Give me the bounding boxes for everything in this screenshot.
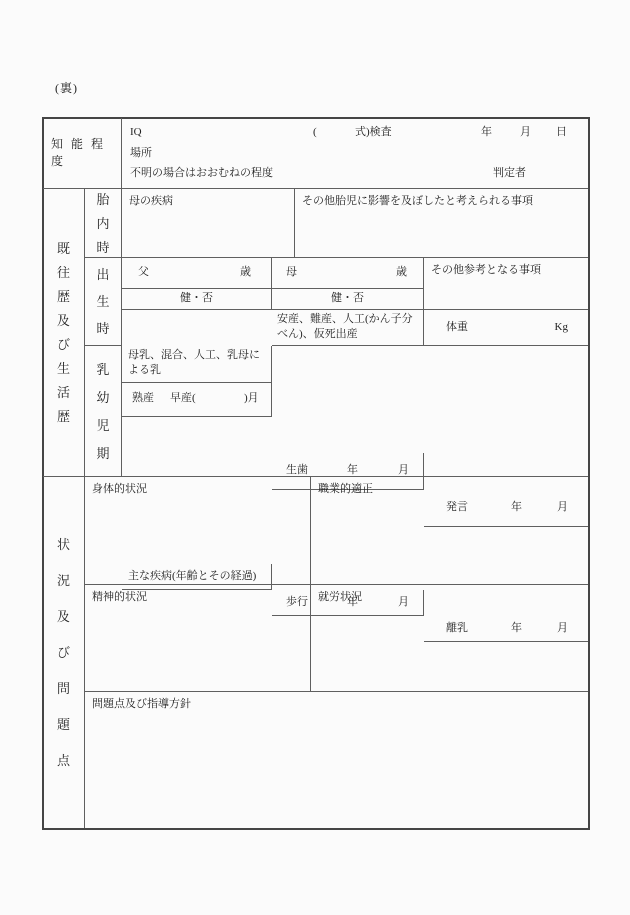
premature-label: 早産(: [170, 391, 196, 407]
iq-label: IQ: [130, 125, 142, 141]
premature-suffix: )月: [244, 391, 259, 407]
full-term-label: 熟産: [132, 391, 154, 407]
guidance-policy-cell: 問題点及び指導方針: [85, 692, 588, 828]
test-type-label: 式)検査: [355, 125, 392, 141]
weight-label: 体重: [446, 320, 468, 336]
page-side-label: (裏): [55, 79, 78, 96]
father-age-unit: 歳: [240, 265, 251, 281]
father-label: 父: [138, 265, 149, 281]
weight-unit: Kg: [555, 320, 568, 336]
vocational-aptitude-cell: 職業的適正: [311, 477, 588, 585]
mother-age-cell: 母 歳: [272, 258, 424, 289]
examiner-label: 判定者: [493, 166, 526, 182]
history-section-header: 既往歴及び生活歴: [43, 189, 85, 477]
mother-disease-cell: 母の疾病: [122, 189, 295, 258]
form-back-page: (裏) 知能程度 IQ ( 式)検査 年 月 日 場所 不明の場合はおおむねの程…: [0, 0, 630, 915]
weight-cell: 体重 Kg: [424, 310, 588, 346]
intelligence-content-cell: IQ ( 式)検査 年 月 日 場所 不明の場合はおおむねの程度 判定者: [122, 118, 588, 189]
test-paren-open: (: [313, 125, 317, 141]
mother-age-unit: 歳: [396, 265, 407, 281]
physical-status-cell: 身体的状況: [85, 477, 311, 585]
infancy-notes-empty-cell: [122, 409, 588, 477]
mother-label: 母: [286, 265, 297, 281]
father-age-cell: 父 歳: [122, 258, 272, 289]
birth-row-header: 出生時: [85, 258, 122, 346]
mental-status-cell: 精神的状況: [85, 585, 311, 692]
test-place-label: 場所: [130, 146, 152, 162]
test-date-month: 月: [520, 125, 531, 141]
test-date-day: 日: [556, 125, 567, 141]
infancy-row-header: 乳幼児期: [85, 346, 122, 477]
intelligence-row-header: 知能程度: [43, 118, 122, 189]
mother-health-cell: 健・否: [272, 289, 424, 310]
father-health-cell: 健・否: [122, 289, 272, 310]
delivery-type-cell: 安産、難産、人工(かん子分べん)、仮死出産: [272, 310, 424, 346]
prenatal-row-header: 胎内時: [85, 189, 122, 258]
other-influence-cell: その他胎児に影響を及ぼしたと考えられる事項: [295, 189, 588, 258]
feeding-cell: 母乳、混合、人工、乳母による乳: [122, 346, 272, 383]
status-section-header: 状況及び問題点: [43, 477, 85, 828]
employment-status-cell: 就労状況: [311, 585, 588, 692]
test-date-year: 年: [481, 125, 492, 141]
unknown-note-label: 不明の場合はおおむねの程度: [130, 166, 273, 182]
other-reference-cell: その他参考となる事項: [424, 258, 588, 310]
